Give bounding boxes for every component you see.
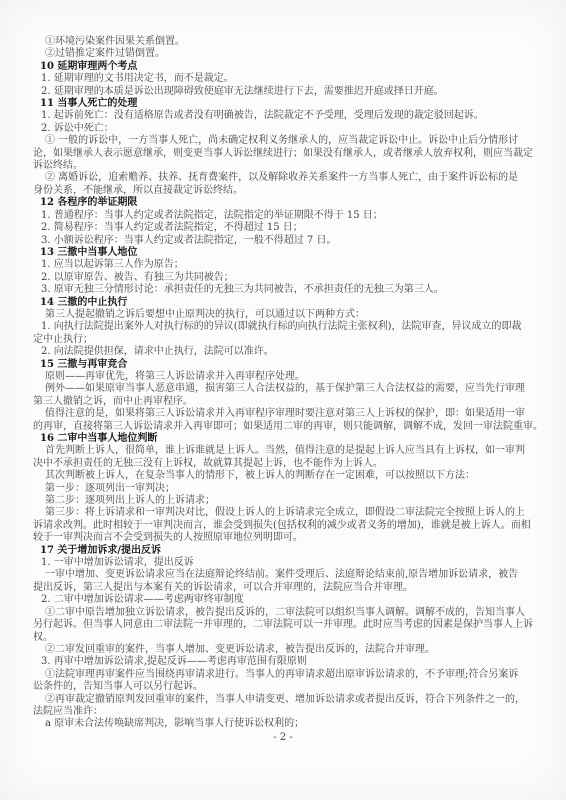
text-line: 较于一审判决而言不会受到损失的人按照原审地位列明即可。 [33,532,535,544]
document-page: ①环境污染案件因果关系倒置。②过错推定案件过错倒置。10 延期审理两个考点1. … [0,0,566,800]
text-line: 定中止执行； [33,334,535,346]
text-line: 第二步：逐项列出上诉人的上诉请求； [33,495,535,507]
text-line: 1. 延期审理的文书用决定书，而不是裁定。 [33,73,535,85]
section-heading: 17 关于增加诉求/提出反诉 [33,545,535,557]
text-line: 2. 以原审原告、被告、有独三为共同被告； [33,272,535,284]
text-line: 权。 [33,632,535,644]
text-line: 诉讼终结。 [33,160,535,172]
text-line: 法院应当准许： [33,706,535,718]
text-line: 2. 延期审理的本质是诉讼出现障碍致使庭审无法继续进行下去，需要推迟开庭或择日开… [33,86,535,98]
text-line: 第三步：将上诉请求和一审判决对比，假设上诉人的上诉请求完全成立，即假设二审法院完… [33,507,535,519]
section-heading: 13 三撤中当事人地位 [33,247,535,259]
text-block: ①环境污染案件因果关系倒置。②过错推定案件过错倒置。10 延期审理两个考点1. … [33,36,535,731]
text-line: ② 离婚诉讼，追索赡养、扶养、抚育费案件，以及解除收养关系案件一方当事人死亡，由… [33,172,535,184]
section-heading: 12 各程序的举证期限 [33,197,535,209]
text-line: 第三人撤销之诉，而中止再审程序。 [33,396,535,408]
text-line: 首先判断上诉人，很简单，谁上诉谁就是上诉人。当然，值得注意的是提起上诉人应当具有… [33,445,535,457]
text-line: 身份关系，不能继承，所以直接裁定诉讼终结。 [33,185,535,197]
text-line: 2. 简易程序：当事人约定或者法院指定，不得超过 15 日； [33,222,535,234]
text-line: 1. 普通程序：当事人约定或者法院指定，法院指定的举证期限不得于 15 日； [33,210,535,222]
text-line: 提出反诉，第三人提出与本案有关的诉讼请求，可以合并审理的，法院应当合并审理。 [33,582,535,594]
text-line: 一审中增加、变更诉讼请求应当在法庭辩论终结前。案件受理后、法庭辩论结束前,原告增… [33,569,535,581]
text-line: 2. 诉讼中死亡： [33,123,535,135]
section-heading: 11 当事人死亡的处理 [33,98,535,110]
text-line: ②再审裁定撤销原判发回重审的案件，当事人申请变更、增加诉讼请求或者提出反诉，符合… [33,694,535,706]
section-heading: 10 延期审理两个考点 [33,61,535,73]
text-line: 1. 一审中增加诉讼请求，提出反诉 [33,557,535,569]
text-line: 例外——如果原审当事人恶意串通，损害第三人合法权益的，基于保护第三人合法权益的需… [33,383,535,395]
text-line: 诉请求改判。此时相较于一审判决而言，谁会受到损失(包括权利的减少或者义务的增加)… [33,520,535,532]
text-line: 第一步：逐项列出一审判决； [33,483,535,495]
text-line: 1. 应当以起诉第三人作为原告； [33,259,535,271]
text-line: 论，如果继承人表示愿意继承，则变更当事人诉讼继续进行；如果没有继承人，或者继承人… [33,148,535,160]
page-number: - 2 - [0,732,566,743]
text-line: 3. 小额诉讼程序：当事人约定或者法院指定，一般不得超过 7 日。 [33,235,535,247]
text-line: 2. 向法院提供担保，请求中止执行，法院可以准许。 [33,346,535,358]
text-line: ①法院审理再审案件应当围绕再审请求进行。当事人的再审请求超出原审诉讼请求的，不予… [33,669,535,681]
text-line: 讼条件的，告知当事人可以另行起诉。 [33,681,535,693]
text-line: 第三人提起撤销之诉后要想中止原判决的执行，可以通过以下两种方式： [33,309,535,321]
section-heading: 15 三撤与再审竞合 [33,359,535,371]
text-line: 3. 原审无独三分情形讨论：承担责任的无独三为共同被告，不承担责任的无独三为第三… [33,284,535,296]
text-line: ①环境污染案件因果关系倒置。 [33,36,535,48]
text-line: 1. 起诉前死亡：没有适格原告或者没有明确被告，法院裁定不予受理，受理后发现的裁… [33,110,535,122]
text-line: 值得注意的是，如果将第三人诉讼请求并入再审程序审理时要注意对第三人上诉权的保护，… [33,408,535,420]
text-line: ①二审中原告增加独立诉讼请求，被告提出反诉的，二审法院可以组织当事人调解。调解不… [33,607,535,619]
text-line: 的再审，直接将第三人诉讼请求并入再审即可；如果适用二审的再审，则只能调解，调解不… [33,421,535,433]
text-line: 决中不承担责任的无独三没有上诉权，故就算其提起上诉，也不能作为上诉人。 [33,458,535,470]
text-line: 2. 二审中增加诉讼请求——考虑两审终审制度 [33,594,535,606]
text-line: ① 一般的诉讼中，一方当事人死亡，尚未确定权利义务继承人的，应当裁定诉讼中止。诉… [33,135,535,147]
section-heading: 16 二审中当事人地位判断 [33,433,535,445]
text-line: 另行起诉。但当事人同意由二审法院一并审理的，二审法院可以一并审理。此时应当考虑的… [33,619,535,631]
text-line: 1. 向执行法院提出案外人对执行标的的异议(即就执行标的向执行法院主张权利)，法… [33,321,535,333]
text-line: 原则——再审优先，将第三人诉讼请求并入再审程序处理。 [33,371,535,383]
text-line: a 原审未合法传唤缺席判决，影响当事人行使诉讼权利的； [33,718,535,730]
text-line: ②过错推定案件过错倒置。 [33,48,535,60]
section-heading: 14 三撤的中止执行 [33,297,535,309]
text-line: 其次判断被上诉人，在复杂当事人的情形下，被上诉人的判断存在一定困难，可以按照以下… [33,470,535,482]
text-line: ②二审发回重审的案件，当事人增加、变更诉讼请求，被告提出反诉的，法院合并审理。 [33,644,535,656]
text-line: 3. 再审中增加诉讼请求,提起反诉——考虑再审范围有限原则 [33,656,535,668]
